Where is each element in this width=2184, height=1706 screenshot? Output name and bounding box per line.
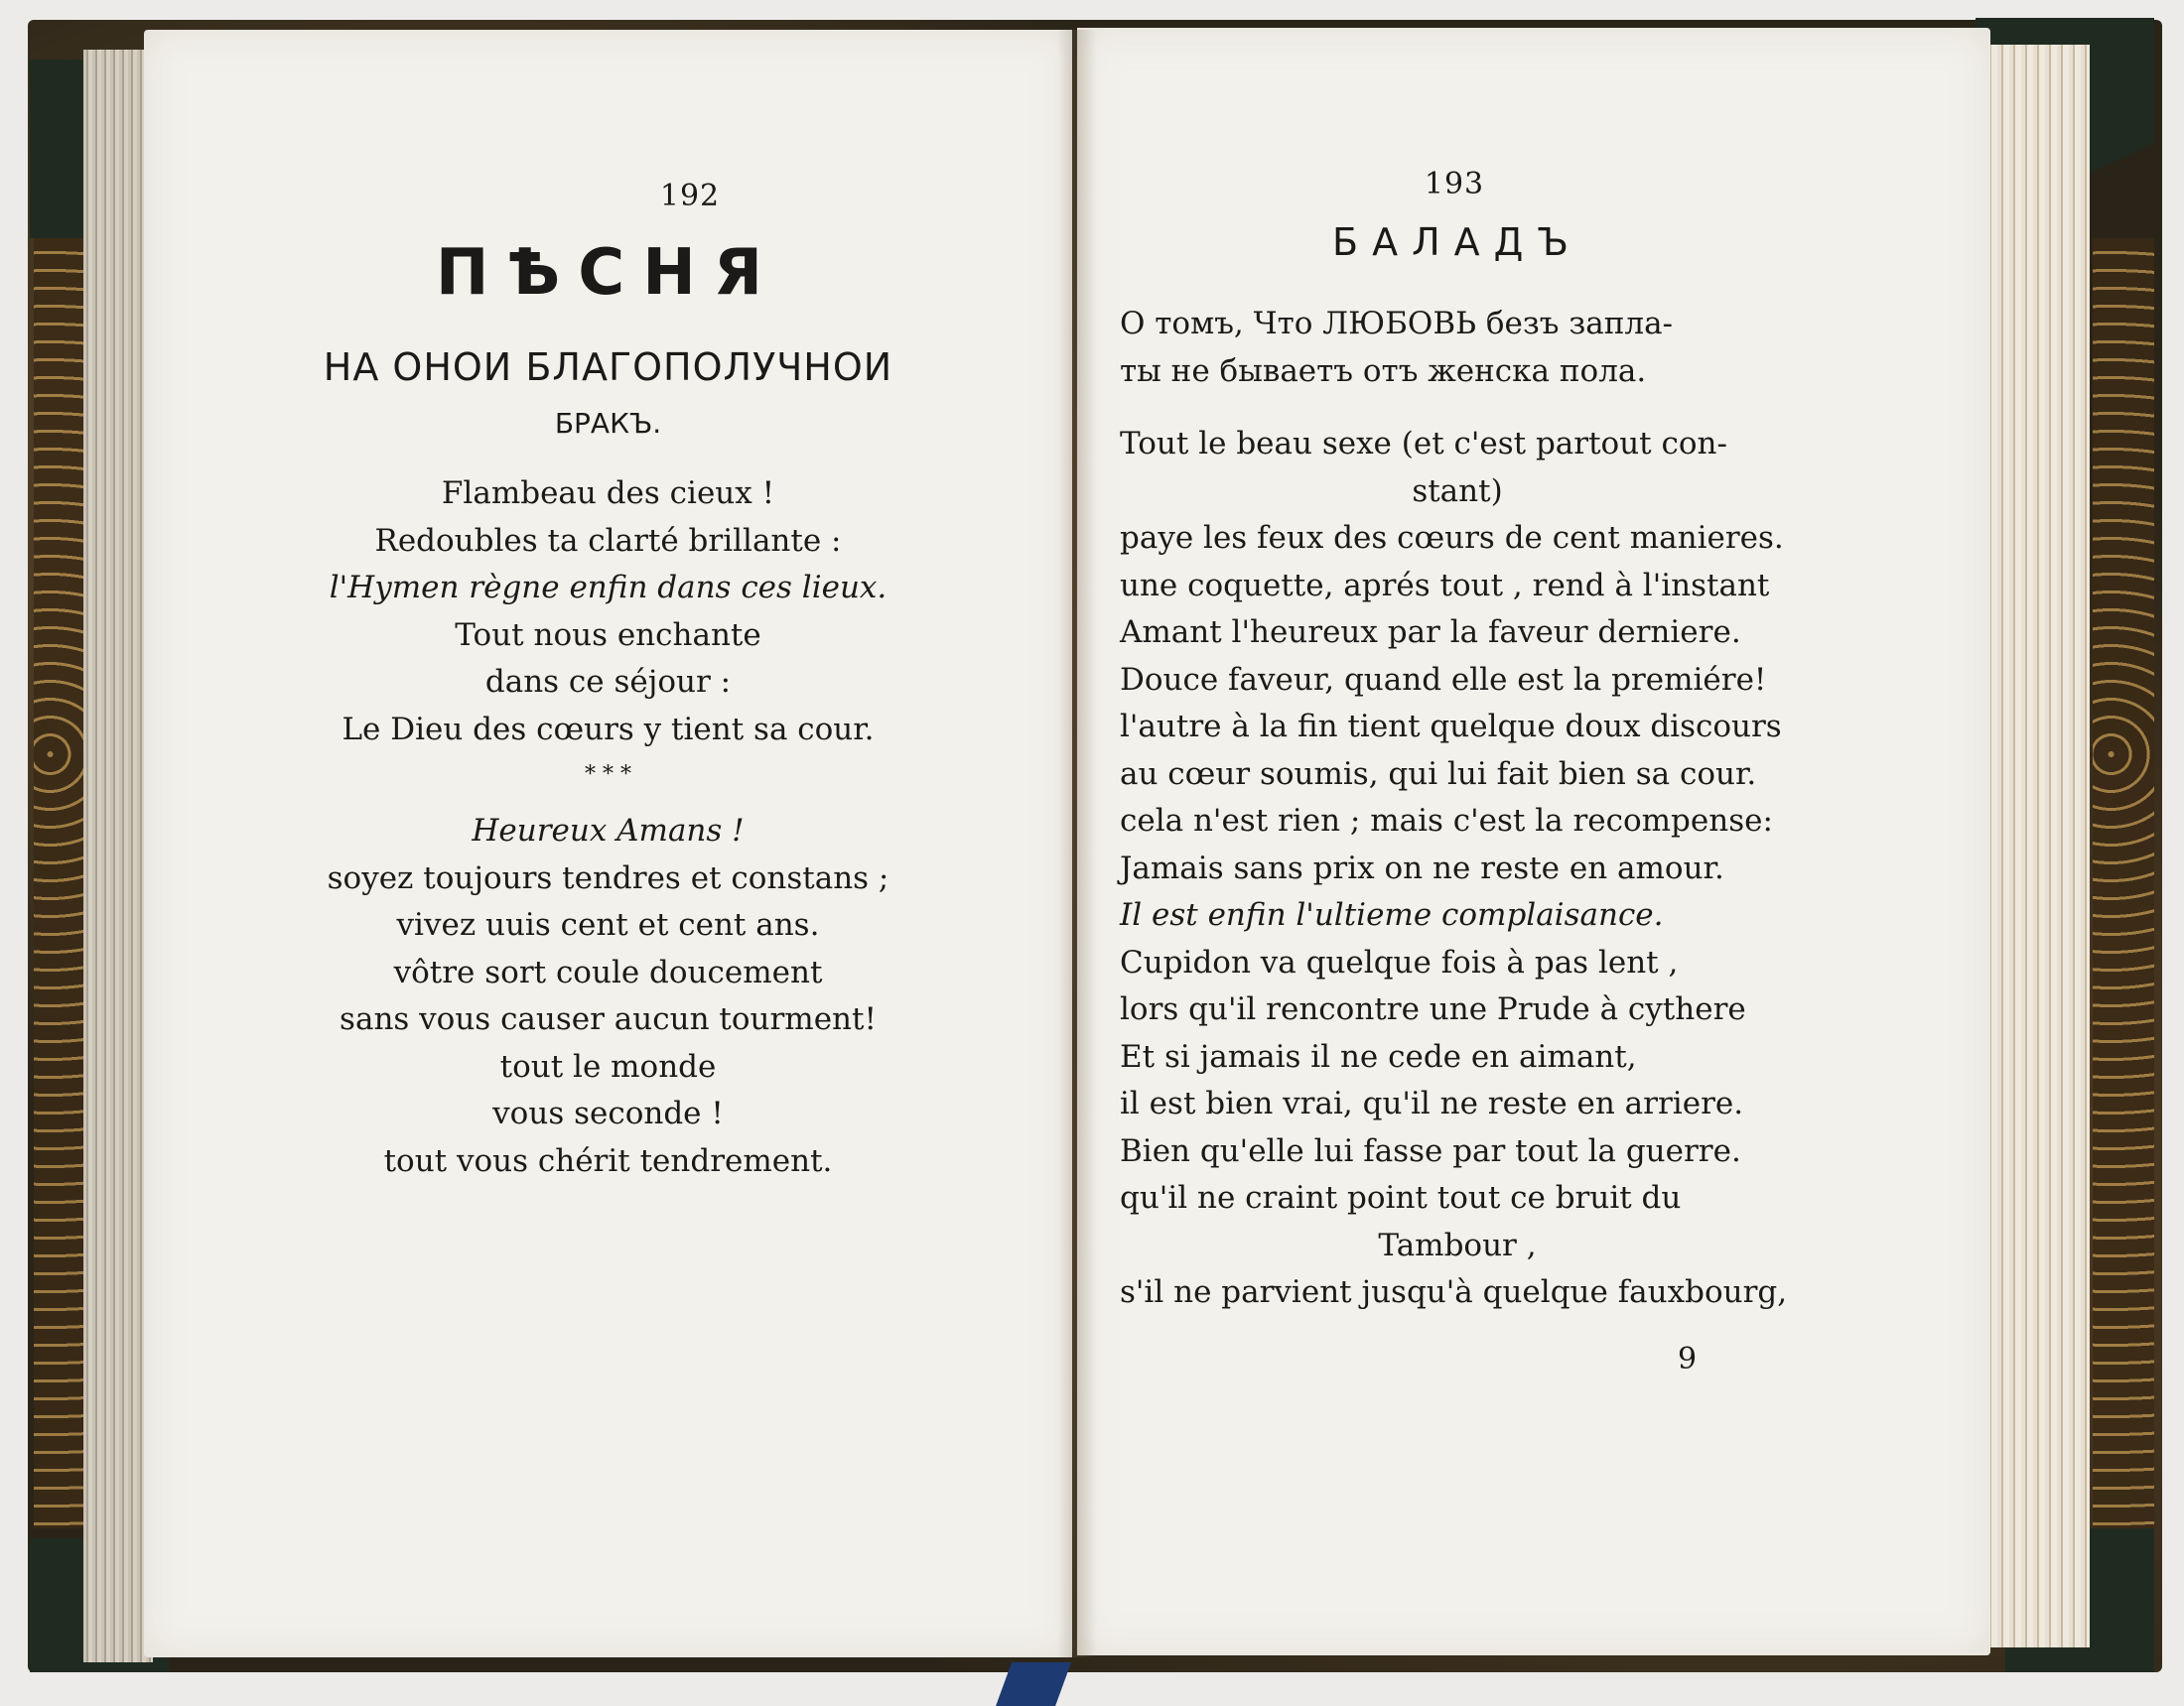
verse-line: vivez uuis cent et cent ans. bbox=[144, 902, 1072, 950]
verse-line: stant) bbox=[1120, 468, 1795, 516]
verse-line: Et si jamais il ne cede en aimant, bbox=[1120, 1034, 1795, 1082]
verse-line: Heureux Amans ! bbox=[144, 808, 1072, 855]
ballad-title: БАЛАДЪ bbox=[1120, 220, 1795, 264]
song-subtitle: НА ОНОИ БЛАГОПОЛУЧНОИ bbox=[144, 345, 1072, 389]
verse-line: Il est enfin l'ultieme complaisance. bbox=[1120, 892, 1795, 940]
verse-line: une coquette, aprés tout , rend à l'inst… bbox=[1120, 563, 1795, 610]
signature-mark: 9 bbox=[1658, 1342, 1717, 1377]
verse-line: Tambour , bbox=[1120, 1223, 1795, 1270]
verse-line: paye les feux des cœurs de cent manieres… bbox=[1120, 515, 1795, 563]
page-number-left: 192 bbox=[640, 179, 740, 213]
verse-line: tout vous chérit tendrement. bbox=[144, 1138, 1072, 1186]
verse-line: Tout nous enchante bbox=[144, 612, 1072, 660]
verse-line: Bien qu'elle lui fasse par tout la guerr… bbox=[1120, 1128, 1795, 1176]
verse-line: sans vous causer aucun tourment! bbox=[144, 996, 1072, 1044]
stanza-separator: * * * bbox=[144, 762, 1072, 787]
ballad-verses: Tout le beau sexe (et c'est partout con-… bbox=[1120, 421, 1795, 1317]
intro-line: ты не бываетъ отъ женска пола. bbox=[1120, 347, 1795, 395]
verse-line: tout le monde bbox=[144, 1044, 1072, 1092]
marbled-cover-left bbox=[34, 238, 88, 1528]
verse-line: qu'il ne craint point tout ce bruit du bbox=[1120, 1175, 1795, 1223]
verse-line: vôtre sort coule doucement bbox=[144, 950, 1072, 997]
marbled-cover-right bbox=[2093, 238, 2154, 1528]
verse-line: vous seconde ! bbox=[144, 1091, 1072, 1138]
verse-line: Redoubles ta clarté brillante : bbox=[144, 518, 1072, 566]
stanza-2: Heureux Amans ! soyez toujours tendres e… bbox=[144, 808, 1072, 1185]
verse-line: Jamais sans prix on ne reste en amour. bbox=[1120, 846, 1795, 893]
verse-line: l'Hymen règne enfin dans ces lieux. bbox=[144, 565, 1072, 612]
verse-line: s'il ne parvient jusqu'à quelque fauxbou… bbox=[1120, 1269, 1795, 1317]
verse-line: Cupidon va quelque fois à pas lent , bbox=[1120, 940, 1795, 987]
verse-line: Douce faveur, quand elle est la premiére… bbox=[1120, 657, 1795, 705]
verse-line: l'autre à la fin tient quelque doux disc… bbox=[1120, 704, 1795, 751]
verse-line: cela n'est rien ; mais c'est la recompen… bbox=[1120, 798, 1795, 846]
stanza-1: Flambeau des cieux ! Redoubles ta clarté… bbox=[144, 470, 1072, 753]
ballad-intro: О томъ, Что ЛЮБОВЬ безъ запла- ты не быв… bbox=[1120, 300, 1795, 395]
verse-line: il est bien vrai, qu'il ne reste en arri… bbox=[1120, 1081, 1795, 1128]
song-subtitle-2: БРАКЪ. bbox=[144, 407, 1072, 440]
verse-line: lors qu'il rencontre une Prude à cythere bbox=[1120, 986, 1795, 1034]
page-edges-left bbox=[83, 50, 153, 1662]
verse-line: soyez toujours tendres et constans ; bbox=[144, 855, 1072, 903]
verse-line: Le Dieu des cœurs y tient sa cour. bbox=[144, 707, 1072, 754]
verse-line: Amant l'heureux par la faveur derniere. bbox=[1120, 609, 1795, 657]
song-title: ПѢСНЯ bbox=[144, 236, 1072, 310]
page-number-right: 193 bbox=[1405, 167, 1504, 201]
verse-line: Tout le beau sexe (et c'est partout con- bbox=[1120, 421, 1795, 468]
page-edges-right bbox=[1985, 45, 2090, 1647]
intro-line: О томъ, Что ЛЮБОВЬ безъ запла- bbox=[1120, 300, 1795, 347]
verse-line: dans ce séjour : bbox=[144, 659, 1072, 707]
verse-line: au cœur soumis, qui lui fait bien sa cou… bbox=[1120, 751, 1795, 799]
verse-line: Flambeau des cieux ! bbox=[144, 470, 1072, 518]
